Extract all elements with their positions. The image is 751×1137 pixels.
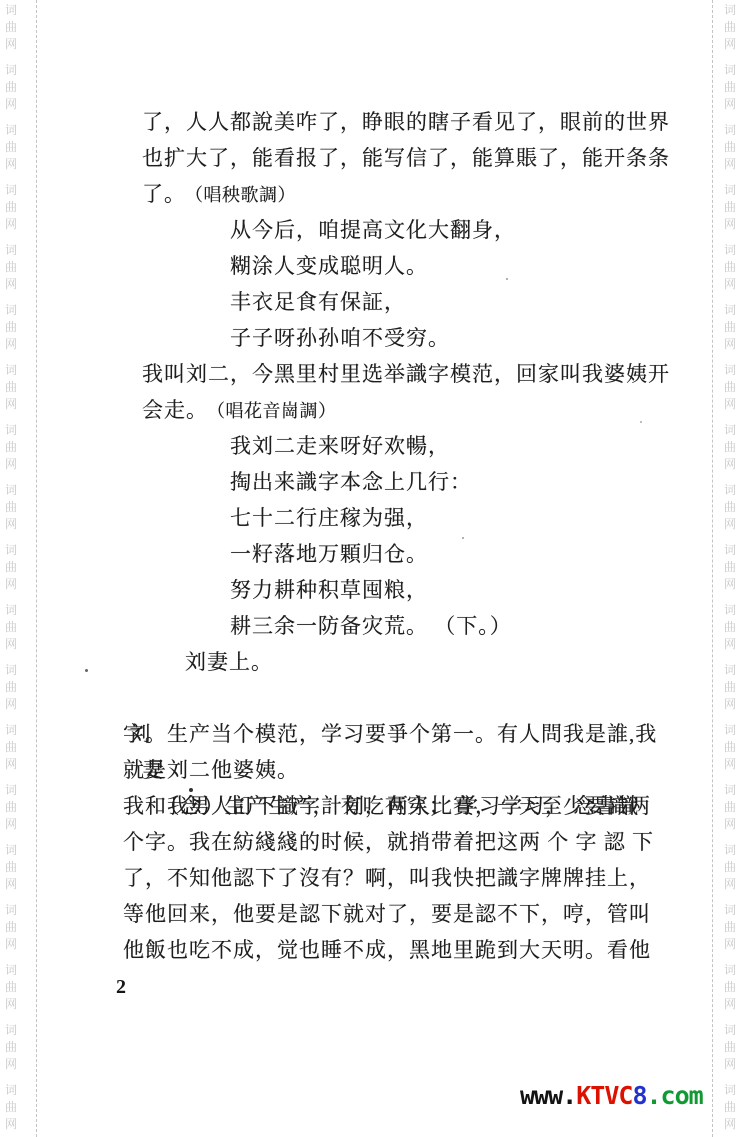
speaker-dialog-line: 刘 妻 （念）生产生产， 有吃有穿； 学习学习， 念書識 [0,680,751,716]
dialog-line: 等他回来，他要是認下就对了，要是認不下，哼，管叫 [0,896,751,932]
dialog-line: 他飯也吃不成，觉也睡不成，黑地里跪到大天明。看他 [0,932,751,968]
script-line: 了，人人都說美咋了，睁眼的瞎子看见了，眼前的世界 [0,104,751,140]
edge-watermark-char: 词 [722,1022,738,1039]
scan-speck [462,537,464,539]
stage-direction-line: 刘妻上。 [0,644,751,680]
verse-line: 掏出来識字本念上几行： [0,464,751,500]
edge-watermark-char: 网 [722,1116,738,1133]
scan-speck [506,278,508,280]
tune-direction: （唱秧歌調） [194,185,296,205]
scan-speck [189,788,193,792]
edge-watermark-group: 词曲网 [3,962,19,1013]
edge-watermark-char: 曲 [3,79,19,96]
verse-line: 努力耕种积草囤粮， [0,572,751,608]
scanned-script-page: 词曲网词曲网词曲网词曲网词曲网词曲网词曲网词曲网词曲网词曲网词曲网词曲网词曲网词… [0,0,751,1137]
edge-watermark-group: 词曲网 [722,1082,738,1133]
edge-watermark-char: 曲 [722,79,738,96]
edge-watermark-char: 曲 [722,979,738,996]
edge-watermark-char: 网 [722,36,738,53]
edge-watermark-char: 词 [722,2,738,19]
site-watermark-segment: .com [647,1081,703,1110]
dialog-line: 了，不知他認下了沒有？啊，叫我快把識字牌牌挂上， [0,860,751,896]
edge-watermark-char: 词 [722,1082,738,1099]
script-line: 我叫刘二，今黑里村里选举識字模范，回家叫我婆姨开 [0,356,751,392]
verse-line: 从今后，咱提高文化大翻身， [0,212,751,248]
edge-watermark-char: 网 [722,996,738,1013]
edge-watermark-char: 网 [722,1056,738,1073]
edge-watermark-char: 曲 [722,1039,738,1056]
verse-line: 一籽落地万顆归仓。 [0,536,751,572]
edge-watermark-char: 网 [3,36,19,53]
site-watermark-segment: 8 [632,1081,646,1110]
verse-line: 子子呀孙孙咱不受穷。 [0,320,751,356]
page-number: 2 [116,976,126,999]
script-line: 也扩大了，能看报了，能写信了，能算賬了，能开条条 [0,140,751,176]
scan-speck [640,421,642,423]
edge-watermark-char: 网 [3,1056,19,1073]
edge-watermark-group: 词曲网 [722,2,738,53]
edge-watermark-char: 曲 [3,1039,19,1056]
edge-watermark-group: 词曲网 [722,962,738,1013]
edge-watermark-char: 词 [3,1022,19,1039]
verse-line: 糊涂人变成聪明人。 [0,248,751,284]
edge-watermark-char: 曲 [722,19,738,36]
edge-watermark-char: 网 [3,1116,19,1133]
edge-watermark-char: 词 [3,2,19,19]
edge-watermark-char: 词 [3,1082,19,1099]
edge-watermark-char: 网 [3,996,19,1013]
edge-watermark-group: 词曲网 [722,1022,738,1073]
edge-watermark-char: 曲 [3,1099,19,1116]
edge-watermark-char: 词 [722,62,738,79]
site-watermark-segment: KTVC [576,1081,632,1110]
script-line-text: 会走。 [142,398,208,422]
script-line: 了。（唱秧歌調） [0,176,751,212]
tune-direction: （唱花音崗調） [216,401,337,421]
scan-speck [85,669,88,672]
site-watermark-segment: www. [520,1081,576,1110]
edge-watermark-group: 词曲网 [3,1022,19,1073]
verse-line: 七十二行庄稼为强， [0,500,751,536]
script-line-text: 了。 [142,182,186,206]
edge-watermark-char: 曲 [3,979,19,996]
verse-line: 我刘二走来呀好欢暢， [0,428,751,464]
verse-line: 耕三余一防备灾荒。 （下。） [0,608,751,644]
script-line: 会走。（唱花音崗調） [0,392,751,428]
edge-watermark-group: 词曲网 [3,2,19,53]
edge-watermark-char: 曲 [3,19,19,36]
edge-watermark-char: 曲 [722,1099,738,1116]
site-watermark: www.KTVC8.com [520,1083,703,1108]
edge-watermark-char: 词 [3,62,19,79]
verse-line: 丰衣足食有保証， [0,284,751,320]
script-text-block: 了，人人都說美咋了，睁眼的瞎子看见了，眼前的世界 也扩大了，能看报了，能写信了，… [0,104,751,968]
edge-watermark-group: 词曲网 [3,1082,19,1133]
